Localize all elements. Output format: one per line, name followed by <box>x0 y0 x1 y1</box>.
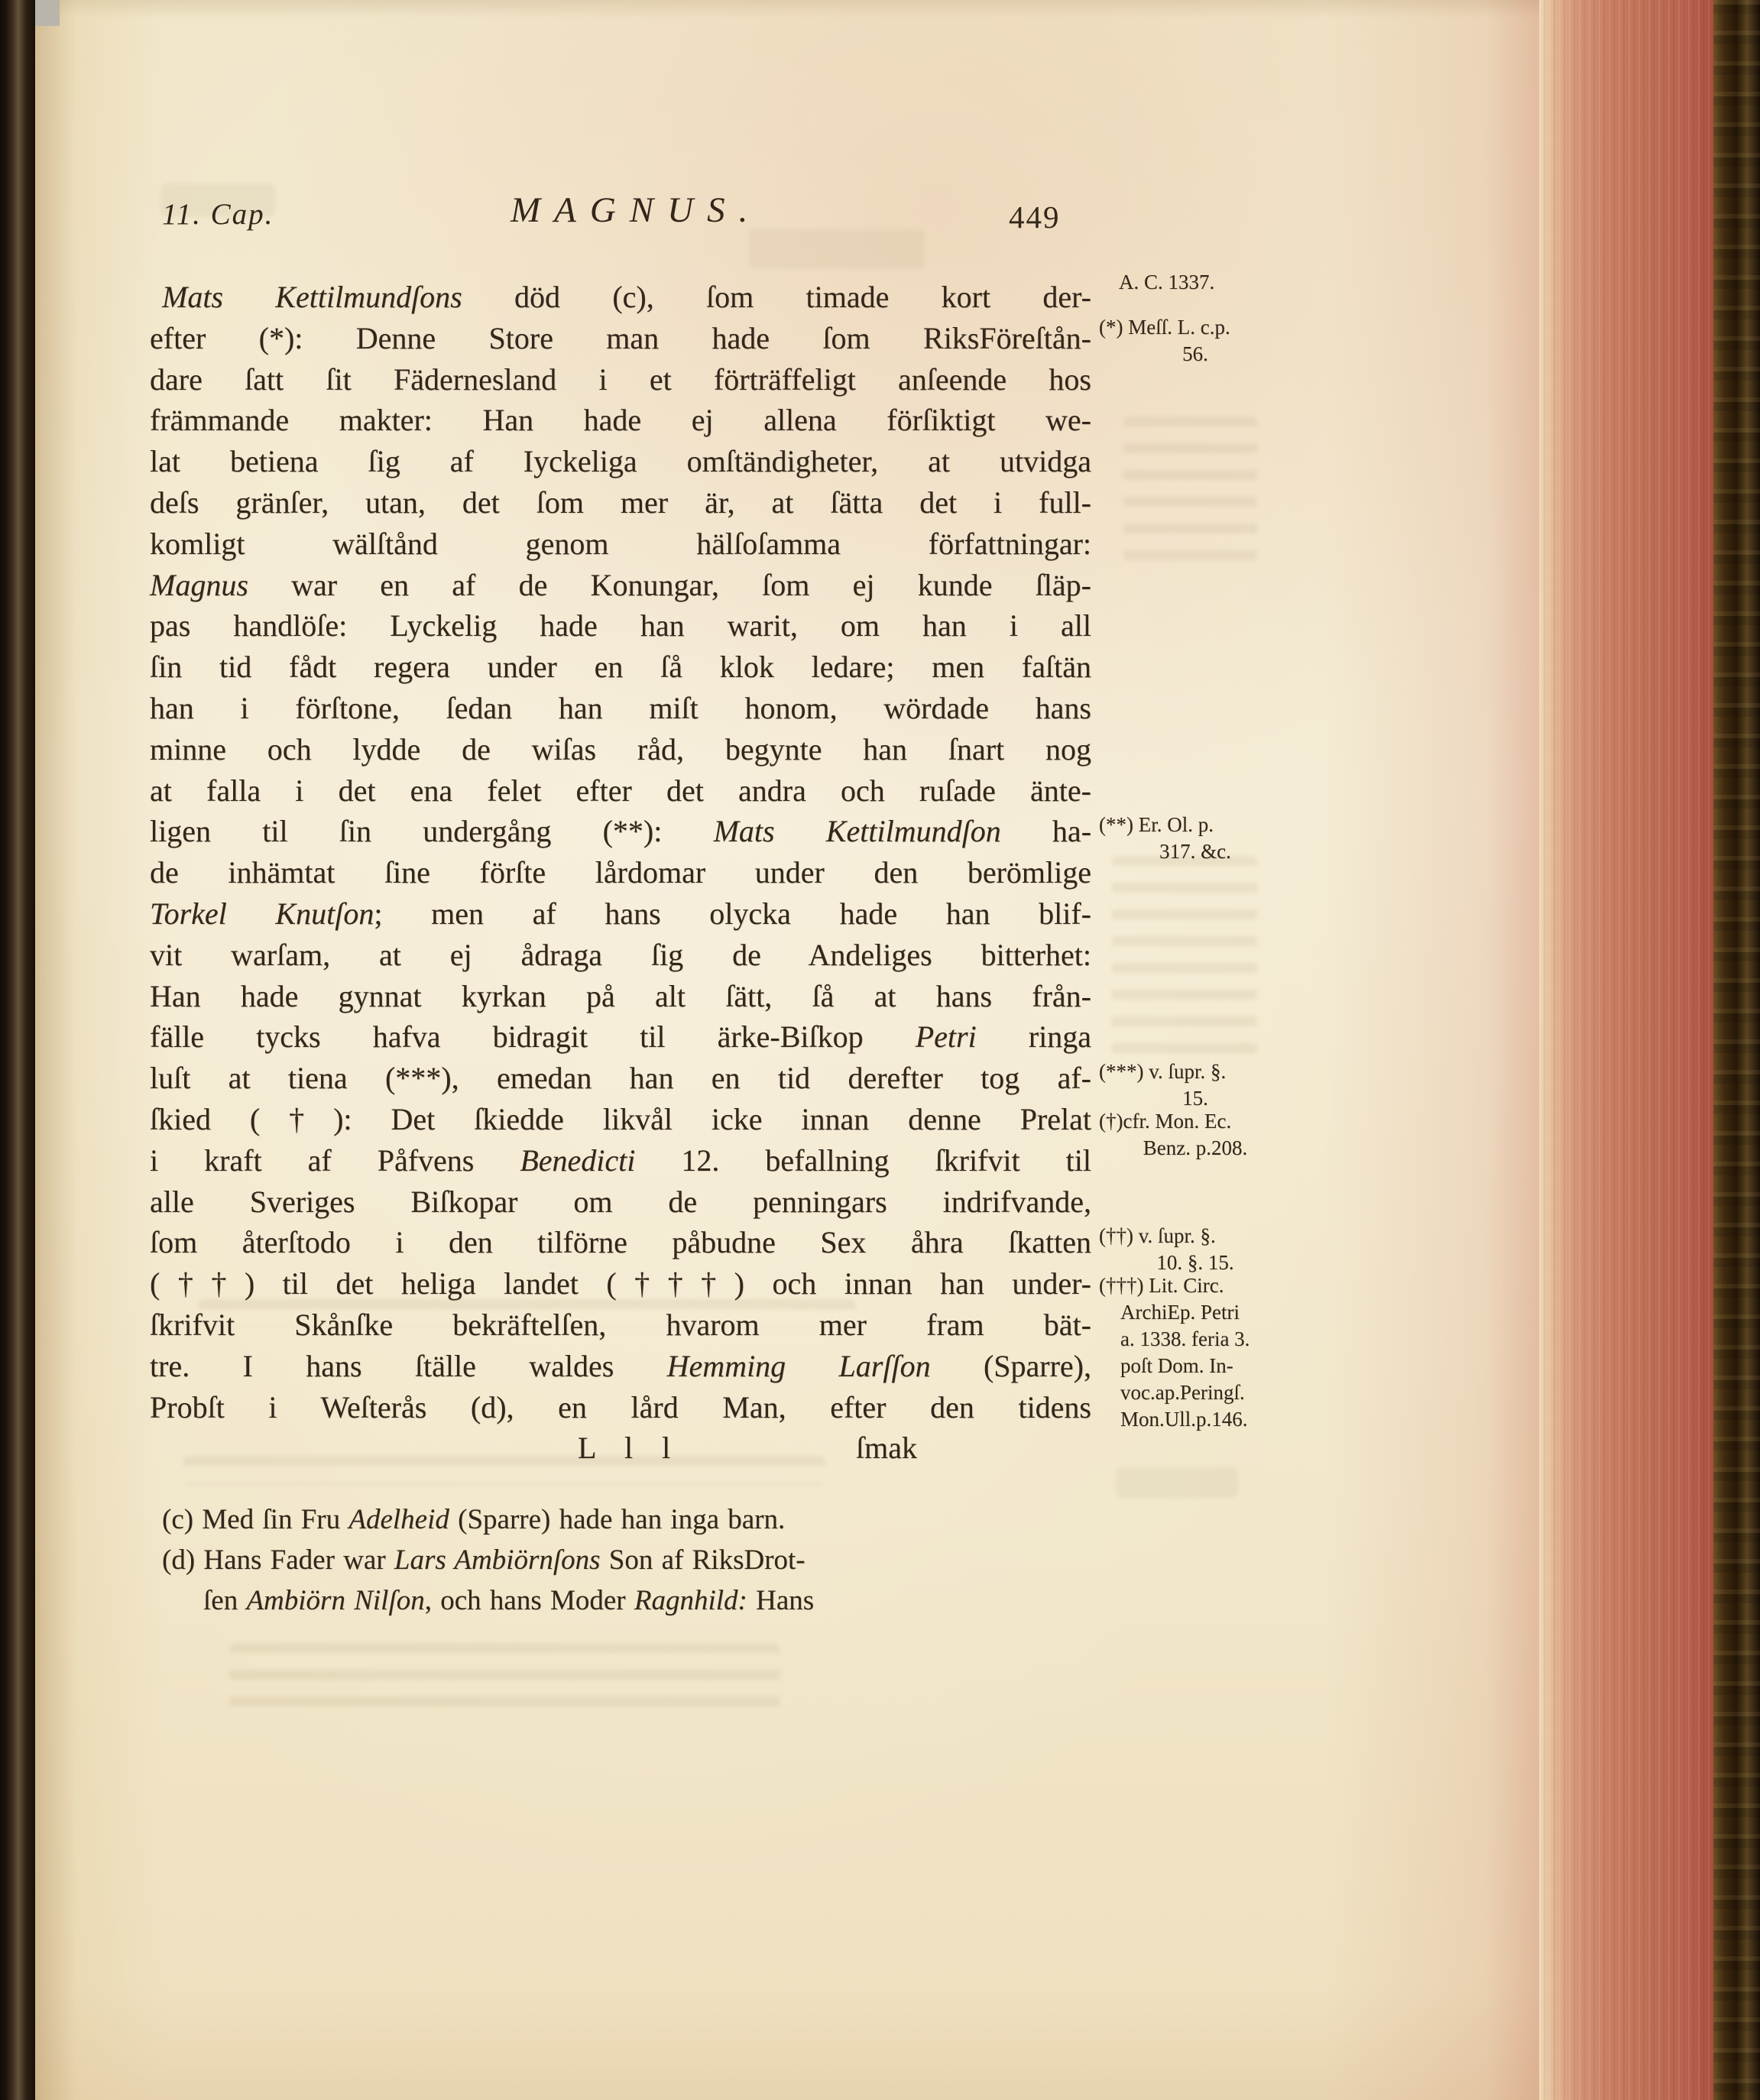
margin-note-line: voc.ap.Peringſ. <box>1099 1379 1292 1406</box>
body-line: alle Sveriges Biſkopar om de penningars … <box>150 1181 1091 1223</box>
italic-proper-name: Lars Ambiörnſons <box>394 1544 601 1576</box>
text-run: främmande makter: Han hade ej allena för… <box>150 403 1091 437</box>
text-run: efter (*): Denne Store man hade ſom Riks… <box>150 321 1091 355</box>
body-line: Mats Kettilmundſons död (c), ſom timade … <box>150 277 1091 318</box>
italic-proper-name: Adelheid <box>348 1504 449 1535</box>
body-line: Torkel Knutſon; men af hans olycka hade … <box>150 893 1091 935</box>
text-run: ; men af hans olycka hade han blif- <box>374 896 1091 931</box>
italic-proper-name: Petri <box>916 1019 977 1054</box>
margin-note: (*) Meſſ. L. c.p.56. <box>1099 314 1292 368</box>
text-run: alle Sveriges Biſkopar om de penningars … <box>150 1184 1091 1219</box>
margin-note: (†)cfr. Mon. Ec.Benz. p.208. <box>1099 1108 1292 1162</box>
body-line: ſkrifvit Skånſke bekräftelſen, hvarom me… <box>150 1304 1091 1346</box>
body-line: Han hade gynnat kyrkan på alt ſätt, ſå a… <box>150 976 1091 1017</box>
body-line: komligt wälſtånd genom hälſoſamma förfat… <box>150 523 1091 565</box>
body-line: ſkied (†): Det ſkiedde likvål icke innan… <box>150 1099 1091 1140</box>
margin-note-line: a. 1338. feria 3. <box>1099 1326 1292 1353</box>
body-line: at falla i det ena felet efter det andra… <box>150 770 1091 812</box>
text-run: (c) Med ſin Fru <box>162 1504 348 1535</box>
body-line: främmande makter: Han hade ej allena för… <box>150 400 1091 441</box>
text-run: , och hans Moder <box>425 1585 634 1616</box>
italic-proper-name: Benedicti <box>520 1143 635 1178</box>
text-run: war en af de Konungar, ſom ej kunde ſläp… <box>248 568 1091 602</box>
body-line: ſom återſtodo i den tilförne påbudne Sex… <box>150 1222 1091 1263</box>
margin-note: (††) v. ſupr. §.10. §. 15. <box>1099 1223 1292 1276</box>
signature-mark: L l l <box>578 1428 681 1469</box>
margin-note: (**) Er. Ol. p.317. &c. <box>1099 812 1292 865</box>
italic-proper-name: Ambiörn Nilſon <box>246 1585 424 1616</box>
margin-note: (†††) Lit. Circ.ArchiEp. Petria. 1338. f… <box>1099 1272 1292 1433</box>
body-line: fälle tycks hafva bidragit til ärke-Biſk… <box>150 1016 1091 1058</box>
margin-note-line: (*) Meſſ. L. c.p. <box>1099 314 1292 341</box>
text-run: (††) til det heliga landet (†††) och inn… <box>150 1266 1091 1301</box>
body-line: pas handlöſe: Lyckelig hade han warit, o… <box>150 605 1091 647</box>
body-line: luſt at tiena (***), emedan han en tid d… <box>150 1058 1091 1099</box>
text-run: död (c), ſom timade kort der- <box>462 280 1091 314</box>
italic-proper-name: Hemming Larſſon <box>667 1349 931 1383</box>
text-run: minne och lydde de wiſas råd, begynte ha… <box>150 732 1091 766</box>
text-run: luſt at tiena (***), emedan han en tid d… <box>150 1061 1091 1095</box>
margin-note-line: 317. &c. <box>1099 838 1292 865</box>
body-line: deſs gränſer, utan, det ſom mer är, at ſ… <box>150 482 1091 523</box>
text-run: ſkrifvit Skånſke bekräftelſen, hvarom me… <box>150 1308 1091 1342</box>
body-line: Magnus war en af de Konungar, ſom ej kun… <box>150 565 1091 606</box>
text-run: ligen til ſin undergång (**): <box>150 814 714 848</box>
text-run: de inhämtat ſine förſte lårdomar under d… <box>150 855 1091 890</box>
text-run: vit warſam, at ej ådraga ſig de Andelige… <box>150 938 1091 972</box>
text-run: Hans <box>747 1585 814 1616</box>
margin-note-line: (†)cfr. Mon. Ec. <box>1099 1108 1292 1135</box>
body-line: ligen til ſin undergång (**): Mats Ketti… <box>150 811 1091 852</box>
body-line: han i förſtone, ſedan han miſt honom, wö… <box>150 688 1091 729</box>
body-line: lat betiena ſig af Iyckeliga omſtändighe… <box>150 441 1091 482</box>
page-number: 449 <box>1009 199 1061 235</box>
text-run: han i förſtone, ſedan han miſt honom, wö… <box>150 691 1091 725</box>
margin-note-line: (***) v. ſupr. §. <box>1099 1058 1292 1085</box>
text-run: pas handlöſe: Lyckelig hade han warit, o… <box>150 608 1091 643</box>
margin-note-line: A. C. 1337. <box>1099 269 1292 296</box>
text-run: ſkied (†): Det ſkiedde likvål icke innan… <box>150 1102 1091 1136</box>
body-line: de inhämtat ſine förſte lårdomar under d… <box>150 852 1091 893</box>
footnote-line: (d) Hans Fader war Lars Ambiörnſons Son … <box>162 1540 1117 1580</box>
text-run: deſs gränſer, utan, det ſom mer är, at ſ… <box>150 485 1091 520</box>
text-run: Probſt i Weſterås (d), en lård Man, efte… <box>150 1390 1091 1424</box>
body-line: ſin tid fådt regera under en ſå klok led… <box>150 647 1091 688</box>
running-header-title: MAGNUS. <box>510 190 761 231</box>
footnote-line: (c) Med ſin Fru Adelheid (Sparre) hade h… <box>162 1499 1117 1540</box>
text-run: komligt wälſtånd genom hälſoſamma förfat… <box>150 527 1091 561</box>
italic-proper-name: Mats Kettilmundſons <box>162 280 462 314</box>
text-run: (d) Hans Fader war <box>162 1544 394 1576</box>
text-run: ha- <box>1001 814 1091 848</box>
text-run: ſom återſtodo i den tilförne påbudne Sex… <box>150 1225 1091 1259</box>
text-run: Son af RiksDrot- <box>601 1544 805 1576</box>
text-run: ſin tid fådt regera under en ſå klok led… <box>150 650 1091 684</box>
body-line: minne och lydde de wiſas råd, begynte ha… <box>150 729 1091 770</box>
body-line: efter (*): Denne Store man hade ſom Riks… <box>150 318 1091 359</box>
text-run: i kraft af Påfvens <box>150 1143 520 1178</box>
body-text: Mats Kettilmundſons död (c), ſom timade … <box>150 277 1091 1469</box>
margin-note-line: (††) v. ſupr. §. <box>1099 1223 1292 1249</box>
margin-note-line: poſt Dom. In- <box>1099 1353 1292 1379</box>
margin-note-line: (†††) Lit. Circ. <box>1099 1272 1292 1299</box>
catchword: ſmak <box>856 1428 917 1469</box>
book-page-scan: 11. Cap. MAGNUS. 449 Mats Kettilmundſons… <box>0 0 1760 2100</box>
text-run: ſen <box>203 1585 246 1616</box>
italic-proper-name: Mats Kettilmundſon <box>714 814 1001 848</box>
text-run: dare ſatt ſit Fädernesland i et förträff… <box>150 362 1091 397</box>
margin-note: A. C. 1337. <box>1099 269 1292 296</box>
signature-catchword-row: L l lſmak <box>150 1428 1091 1469</box>
italic-proper-name: Magnus <box>150 568 248 602</box>
body-line: i kraft af Påfvens Benedicti 12. befalln… <box>150 1140 1091 1181</box>
printed-text-layer: 11. Cap. MAGNUS. 449 Mats Kettilmundſons… <box>0 0 1760 2100</box>
body-line: vit warſam, at ej ådraga ſig de Andelige… <box>150 935 1091 976</box>
margin-note: (***) v. ſupr. §.15. <box>1099 1058 1292 1112</box>
body-line: (††) til det heliga landet (†††) och inn… <box>150 1263 1091 1304</box>
text-run: lat betiena ſig af Iyckeliga omſtändighe… <box>150 444 1091 478</box>
body-line: tre. I hans ſtälle waldes Hemming Larſſo… <box>150 1346 1091 1387</box>
body-line: dare ſatt ſit Fädernesland i et förträff… <box>150 359 1091 400</box>
text-run: ringa <box>977 1019 1091 1054</box>
running-header-chapter: 11. Cap. <box>162 197 274 232</box>
footnotes: (c) Med ſin Fru Adelheid (Sparre) hade h… <box>162 1499 1117 1621</box>
text-run: at falla i det ena felet efter det andra… <box>150 773 1091 808</box>
text-run: 12. befallning ſkrifvit til <box>635 1143 1091 1178</box>
text-run: Han hade gynnat kyrkan på alt ſätt, ſå a… <box>150 979 1091 1013</box>
body-line: Probſt i Weſterås (d), en lård Man, efte… <box>150 1387 1091 1428</box>
margin-note-line: ArchiEp. Petri <box>1099 1299 1292 1326</box>
footnote-line: ſen Ambiörn Nilſon, och hans Moder Ragnh… <box>162 1580 1117 1621</box>
text-run: tre. I hans ſtälle waldes <box>150 1349 667 1383</box>
italic-proper-name: Torkel Knutſon <box>150 896 374 931</box>
margin-note-line: Mon.Ull.p.146. <box>1099 1406 1292 1433</box>
italic-proper-name: Ragnhild: <box>634 1585 747 1616</box>
text-run: fälle tycks hafva bidragit til ärke-Biſk… <box>150 1019 916 1054</box>
text-run: (Sparre), <box>931 1349 1091 1383</box>
margin-note-line: 56. <box>1099 341 1292 368</box>
margin-note-line: (**) Er. Ol. p. <box>1099 812 1292 838</box>
text-run: (Sparre) hade han inga barn. <box>449 1504 785 1535</box>
margin-note-line: Benz. p.208. <box>1099 1135 1292 1162</box>
